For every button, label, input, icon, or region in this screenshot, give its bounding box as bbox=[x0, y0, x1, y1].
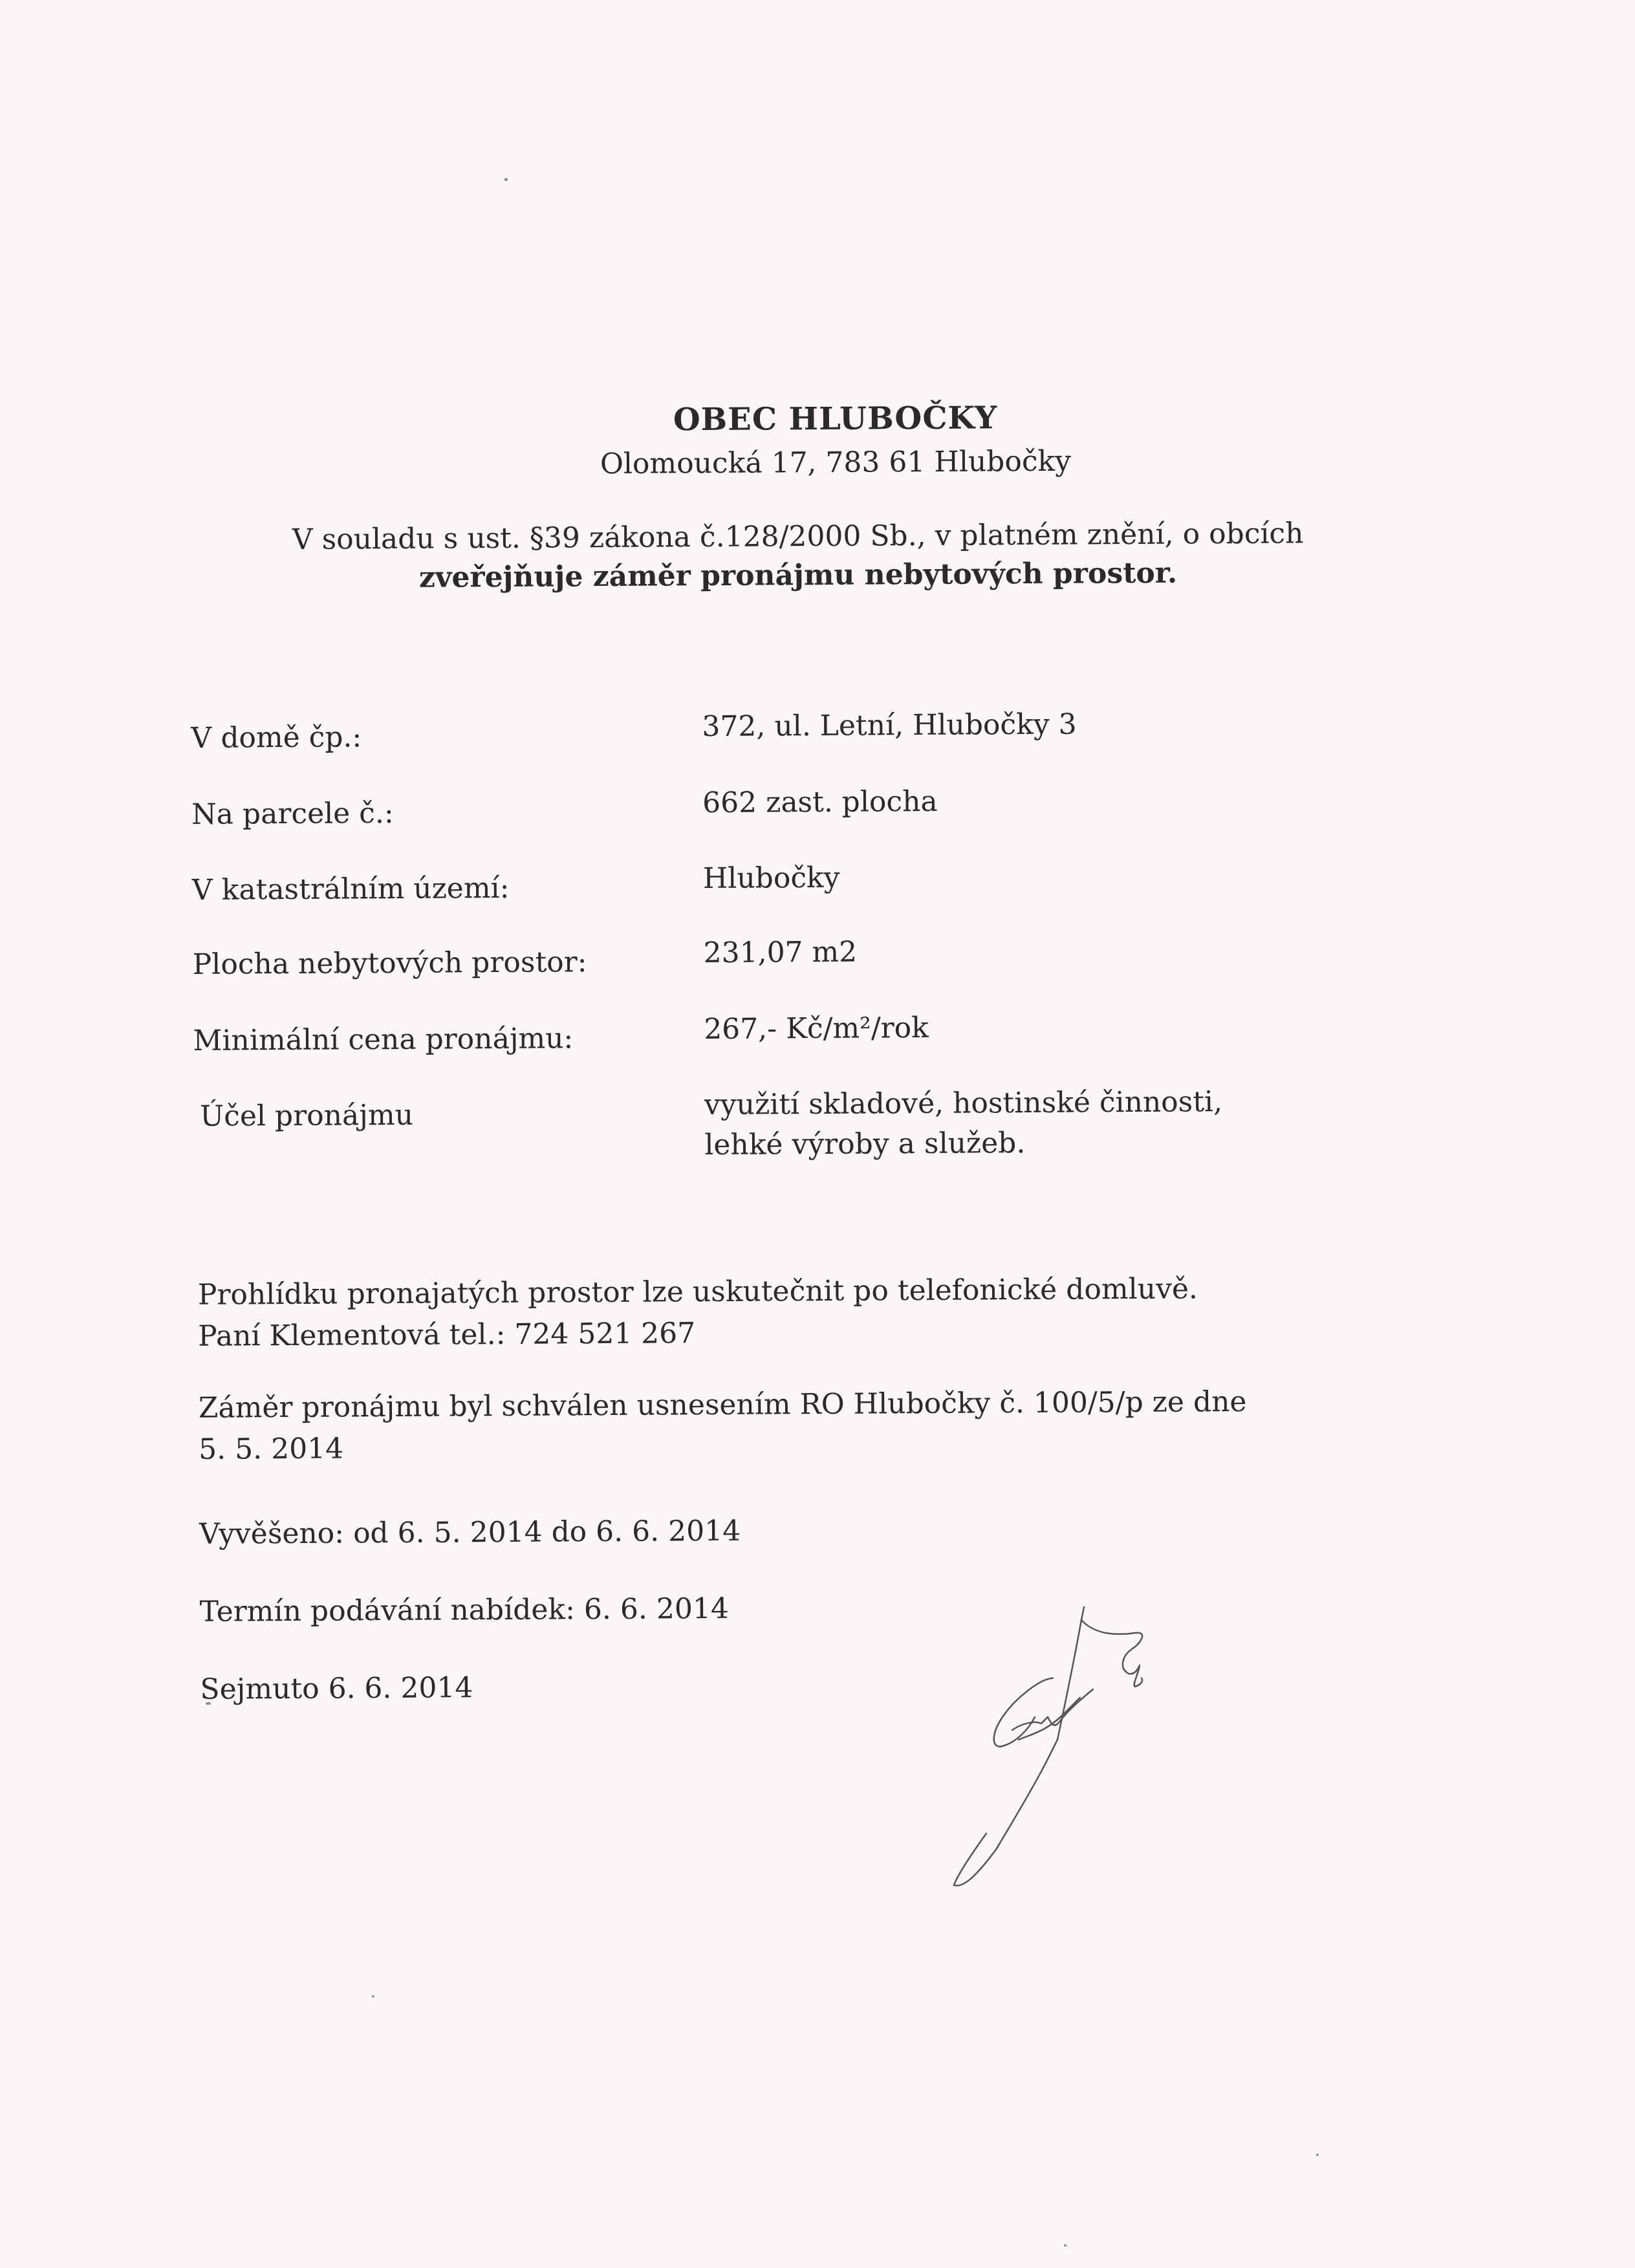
detail-label: Účel pronájmu bbox=[200, 1099, 413, 1133]
posted-period: Vyvěšeno: od 6. 5. 2014 do 6. 6. 2014 bbox=[199, 1506, 1428, 1555]
intro-announcement: zveřejňuje záměr pronájmu nebytových pro… bbox=[232, 553, 1364, 599]
detail-label: V katastrálním území: bbox=[192, 872, 510, 907]
detail-value: 267,- Kč/m²/rok bbox=[704, 1006, 1350, 1050]
detail-row-house-number: V domě čp.: 372, ul. Letní, Hlubočky 3 bbox=[191, 715, 1355, 722]
approval-paragraph: Záměr pronájmu byl schválen usnesením RO… bbox=[199, 1380, 1428, 1471]
document-page: OBEC HLUBOČKY Olomoucká 17, 783 61 Hlubo… bbox=[0, 0, 1635, 2268]
viewing-info: Prohlídku pronajatých prostor lze uskute… bbox=[198, 1272, 1198, 1311]
detail-value: 662 zast. plocha bbox=[702, 779, 1349, 823]
detail-value: 372, ul. Letní, Hlubočky 3 bbox=[702, 703, 1348, 747]
scan-speck bbox=[504, 178, 508, 181]
detail-row-parcel: Na parcele č.: 662 zast. plocha bbox=[191, 791, 1356, 798]
approval-resolution: Záměr pronájmu byl schválen usnesením RO… bbox=[199, 1385, 1247, 1425]
intro-paragraph: V souladu s ust. §39 zákona č.128/2000 S… bbox=[232, 514, 1364, 599]
signature-icon bbox=[905, 1584, 1229, 1940]
scan-speck bbox=[1316, 2154, 1319, 2156]
scan-speck bbox=[206, 1702, 211, 1705]
detail-row-rental-purpose: Účel pronájmu využití skladové, hostinsk… bbox=[200, 1093, 1364, 1100]
detail-value: využití skladové, hostinské činnosti, le… bbox=[704, 1081, 1352, 1165]
detail-label: V domě čp.: bbox=[191, 720, 362, 755]
contact-phone: Paní Klementová tel.: 724 521 267 bbox=[198, 1317, 695, 1353]
detail-value: Hlubočky bbox=[703, 855, 1350, 899]
scan-speck bbox=[372, 1995, 374, 1998]
detail-label: Plocha nebytových prostor: bbox=[193, 945, 587, 981]
document-title: OBEC HLUBOČKY bbox=[37, 396, 1633, 442]
detail-row-floor-area: Plocha nebytových prostor: 231,07 m2 bbox=[193, 941, 1357, 948]
scan-speck bbox=[1064, 2244, 1067, 2247]
detail-label: Minimální cena pronájmu: bbox=[193, 1022, 573, 1057]
purpose-line-1: využití skladové, hostinské činnosti, bbox=[704, 1085, 1222, 1121]
offer-deadline: Termín podávání nabídek: 6. 6. 2014 bbox=[200, 1584, 1429, 1633]
detail-row-cadastral-area: V katastrálním území: Hlubočky bbox=[192, 867, 1356, 874]
removal-date: Sejmuto 6. 6. 2014 bbox=[200, 1661, 1429, 1711]
municipality-address: Olomoucká 17, 783 61 Hlubočky bbox=[38, 441, 1634, 484]
detail-value: 231,07 m2 bbox=[703, 929, 1350, 973]
intro-legal-basis: V souladu s ust. §39 zákona č.128/2000 S… bbox=[292, 517, 1304, 556]
purpose-line-2: lehké výroby a služeb. bbox=[704, 1127, 1025, 1161]
detail-label: Na parcele č.: bbox=[191, 797, 394, 831]
detail-row-minimum-rent: Minimální cena pronájmu: 267,- Kč/m²/rok bbox=[193, 1017, 1357, 1024]
contact-paragraph: Prohlídku pronajatých prostor lze uskute… bbox=[198, 1267, 1427, 1357]
approval-date: 5. 5. 2014 bbox=[199, 1432, 343, 1465]
